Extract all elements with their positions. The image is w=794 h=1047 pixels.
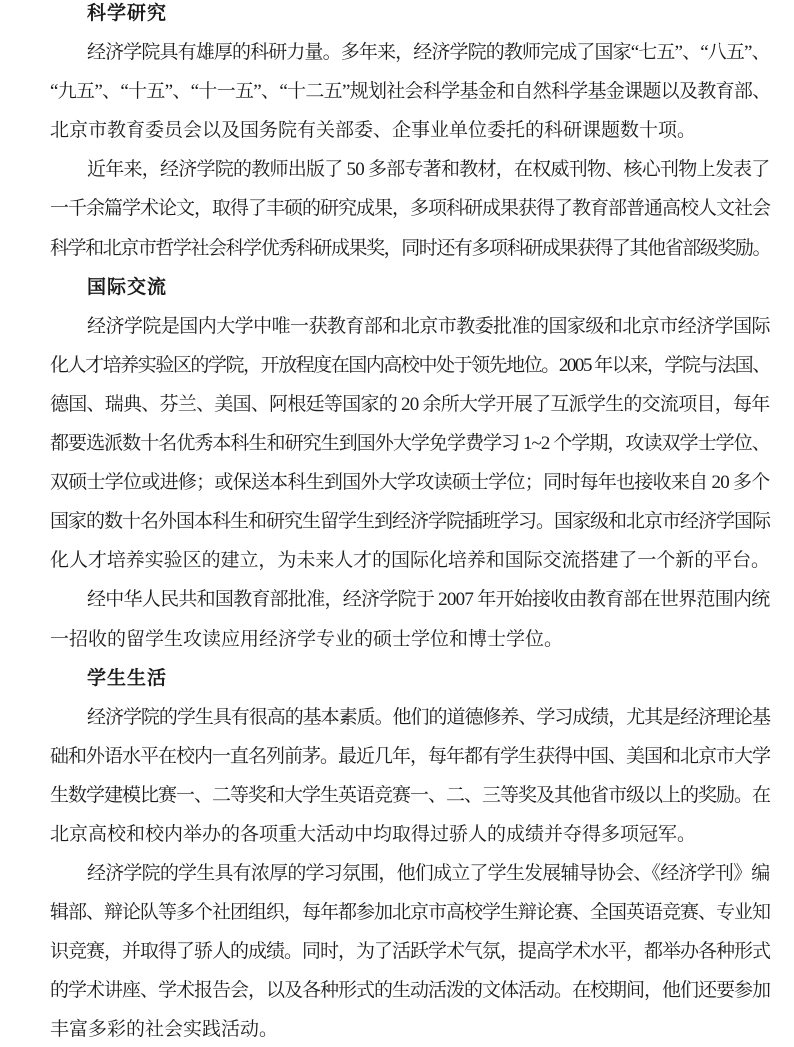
text-line: 一千余篇学术论文，取得了丰硕的研究成果，多项科研成果获得了教育部普通高校人文社会	[50, 189, 770, 228]
text-line: 的学术讲座、学术报告会，以及各种形式的生动活泼的文体活动。在校期间，他们还要参加	[50, 971, 770, 1010]
document-page: 科学研究经济学院具有雄厚的科研力量。多年来，经济学院的教师完成了国家“七五”、“…	[0, 0, 794, 1047]
text-line: 经济学院具有雄厚的科研力量。多年来，经济学院的教师完成了国家“七五”、“八五”、	[50, 33, 770, 72]
text-line: 科学和北京市哲学社会科学优秀科研成果奖，同时还有多项科研成果获得了其他省部级奖励…	[50, 229, 770, 268]
text-line: 经济学院的学生具有很高的基本素质。他们的道德修养、学习成绩，尤其是经济理论基	[50, 698, 770, 737]
text-line: 辑部、辩论队等多个社团组织，每年都参加北京市高校学生辩论赛、全国英语竞赛、专业知	[50, 893, 770, 932]
section-heading: 学生生活	[50, 659, 770, 698]
text-line: 生数学建模比赛一、二等奖和大学生英语竞赛一、二、三等奖及其他省市级以上的奖励。在	[50, 776, 770, 815]
text-line: 双硕士学位或进修；或保送本科生到国外大学攻读硕士学位；同时每年也接收来自 20 …	[50, 463, 770, 502]
text-line: 化人才培养实验区的建立，为未来人才的国际化培养和国际交流搭建了一个新的平台。	[50, 541, 770, 580]
text-line: 一招收的留学生攻读应用经济学专业的硕士学位和博士学位。	[50, 620, 770, 659]
text-line: 经济学院的学生具有浓厚的学习氛围，他们成立了学生发展辅导协会、《经济学刊》编	[50, 854, 770, 893]
text-line: 北京高校和校内举办的各项重大活动中均取得过骄人的成绩并夺得多项冠军。	[50, 815, 770, 854]
text-line: “九五”、“十五”、“十一五”、“十二五”规划社会科学基金和自然科学基金课题以及…	[50, 72, 770, 111]
text-line: 化人才培养实验区的学院，开放程度在国内高校中处于领先地位。2005 年以来，学院…	[50, 346, 770, 385]
text-line: 都要选派数十名优秀本科生和研究生到国外大学免学费学习 1~2 个学期，攻读双学士…	[50, 424, 770, 463]
section-heading: 国际交流	[50, 268, 770, 307]
text-line: 丰富多彩的社会实践活动。	[50, 1010, 770, 1047]
text-line: 识竞赛，并取得了骄人的成绩。同时，为了活跃学术气氛，提高学术水平，都举办各种形式	[50, 932, 770, 971]
text-line: 础和外语水平在校内一直名列前茅。最近几年，每年都有学生获得中国、美国和北京市大学	[50, 737, 770, 776]
text-line: 经中华人民共和国教育部批准，经济学院于 2007 年开始接收由教育部在世界范围内…	[50, 580, 770, 619]
text-line: 北京市教育委员会以及国务院有关部委、企事业单位委托的科研课题数十项。	[50, 111, 770, 150]
text-line: 德国、瑞典、芬兰、美国、阿根廷等国家的 20 余所大学开展了互派学生的交流项目，…	[50, 385, 770, 424]
text-line: 国家的数十名外国本科生和研究生留学生到经济学院插班学习。国家级和北京市经济学国际	[50, 502, 770, 541]
document-body: 科学研究经济学院具有雄厚的科研力量。多年来，经济学院的教师完成了国家“七五”、“…	[50, 0, 770, 1047]
text-line: 经济学院是国内大学中唯一获教育部和北京市教委批准的国家级和北京市经济学国际	[50, 307, 770, 346]
text-line: 近年来，经济学院的教师出版了 50 多部专著和教材，在权威刊物、核心刊物上发表了	[50, 150, 770, 189]
section-heading: 科学研究	[50, 0, 770, 33]
